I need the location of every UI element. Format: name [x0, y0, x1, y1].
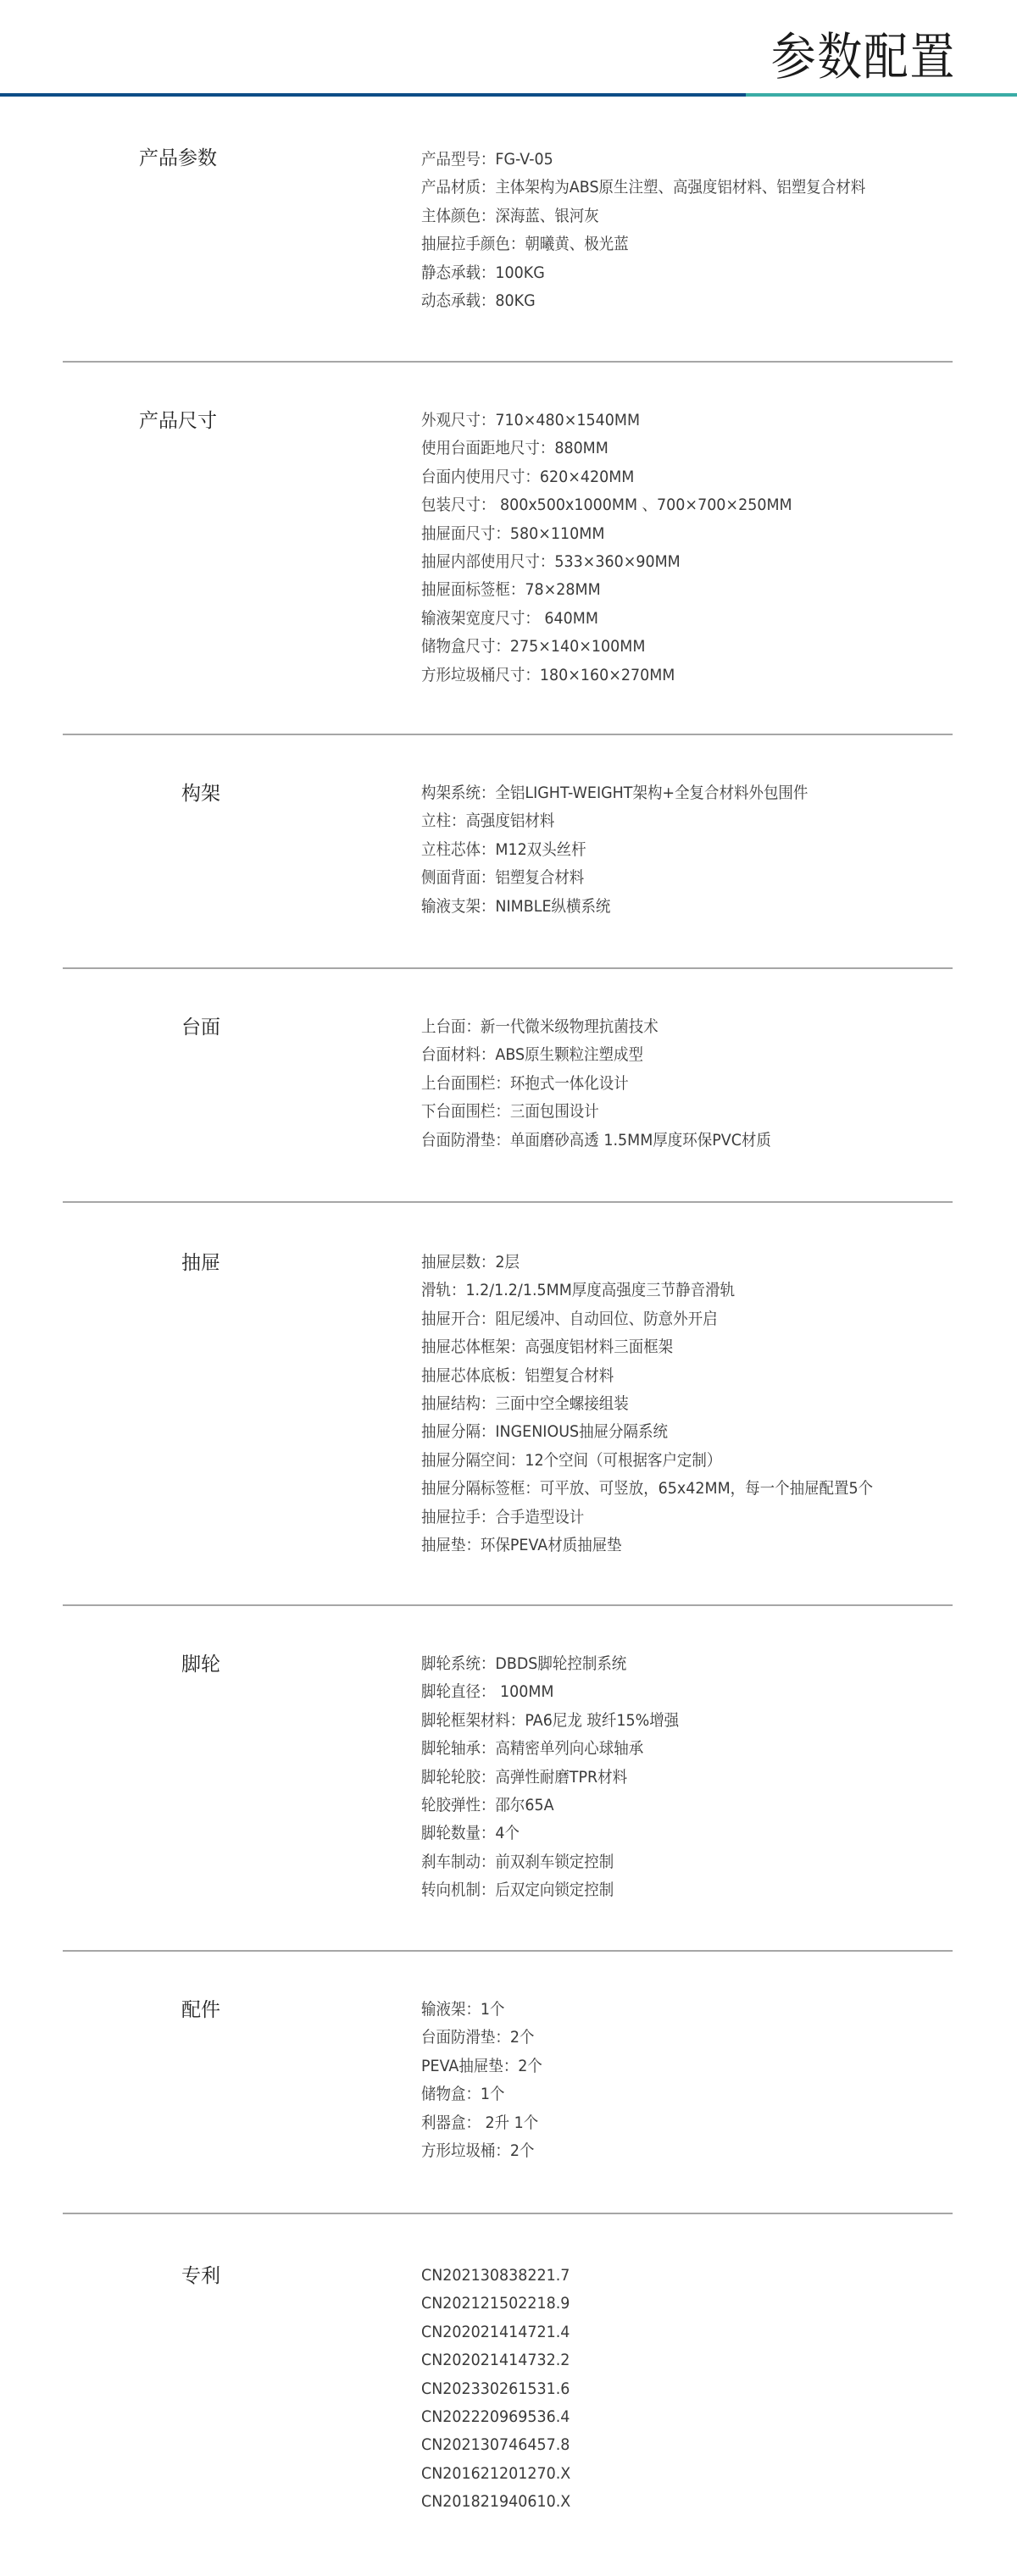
spec-item: 立柱芯体：M12双头丝杆 — [421, 836, 808, 864]
patent-number: CN202330261531.6 — [421, 2375, 570, 2403]
spec-item: 抽屉开合：阻尼缓冲、自动回位、防意外开启 — [421, 1305, 873, 1333]
spec-item: 台面防滑垫：2个 — [421, 2024, 542, 2052]
spec-item: 抽屉面标签框：78×28MM — [421, 576, 792, 604]
spec-list: 构架系统：全铝LIGHT-WEIGHT架构+全复合材料外包围件 立柱：高强度铝材… — [421, 779, 842, 921]
patent-list: CN202130838221.7 CN202121502218.9 CN2020… — [421, 2262, 584, 2517]
spec-item: 刹车制动：前双刹车锁定控制 — [421, 1848, 679, 1876]
patent-number: CN202130838221.7 — [421, 2262, 570, 2290]
spec-item: 主体颜色：深海蓝、银河灰 — [421, 202, 865, 230]
spec-item: 利器盒： 2升 1个 — [421, 2109, 542, 2137]
patent-number: CN201821940610.X — [421, 2488, 570, 2516]
spec-item: 上台面：新一代微米级物理抗菌技术 — [421, 1013, 771, 1041]
page-header: 参数配置 — [0, 0, 1017, 100]
spec-item: 外观尺寸：710×480×1540MM — [421, 407, 792, 435]
spec-list: 输液架：1个 台面防滑垫：2个 PEVA抽屉垫：2个 储物盒：1个 利器盒： 2… — [421, 1996, 553, 2165]
spec-item: 侧面背面：铝塑复合材料 — [421, 864, 808, 892]
spec-item: 使用台面距地尺寸：880MM — [421, 435, 792, 463]
spec-item: 动态承载：80KG — [421, 287, 865, 315]
spec-item: PEVA抽屉垫：2个 — [421, 2052, 542, 2080]
spec-item: 构架系统：全铝LIGHT-WEIGHT架构+全复合材料外包围件 — [421, 779, 808, 807]
page-title: 参数配置 — [771, 25, 956, 90]
spec-item: 抽屉芯体底板：铝塑复合材料 — [421, 1362, 873, 1390]
spec-item: 台面材料：ABS原生颗粒注塑成型 — [421, 1041, 771, 1069]
spec-item: 脚轮轴承：高精密单列向心球轴承 — [421, 1735, 679, 1763]
section-divider — [63, 2213, 953, 2214]
spec-item: 脚轮系统：DBDS脚轮控制系统 — [421, 1650, 679, 1678]
header-bar-accent — [746, 93, 1017, 97]
spec-item: 抽屉拉手：合手造型设计 — [421, 1504, 873, 1532]
patent-number: CN202130746457.8 — [421, 2431, 570, 2459]
spec-item: 台面内使用尺寸：620×420MM — [421, 463, 792, 491]
spec-list: 外观尺寸：710×480×1540MM 使用台面距地尺寸：880MM 台面内使用… — [421, 407, 825, 690]
spec-item: 输液架：1个 — [421, 1996, 542, 2024]
section-divider — [63, 967, 953, 969]
spec-item: 抽屉垫：环保PEVA材质抽屉垫 — [421, 1532, 873, 1559]
spec-item: 静态承载：100KG — [421, 259, 865, 287]
section-title: 抽屉 — [181, 1250, 220, 1276]
spec-item: 脚轮数量：4个 — [421, 1820, 679, 1848]
section-title: 台面 — [181, 1015, 220, 1040]
spec-item: 抽屉内部使用尺寸：533×360×90MM — [421, 548, 792, 576]
spec-item: 轮胶弹性：邵尔65A — [421, 1792, 679, 1820]
spec-item: 抽屉层数：2层 — [421, 1249, 873, 1277]
section-divider — [63, 1201, 953, 1203]
spec-item: 产品型号：FG-V-05 — [421, 146, 865, 174]
patent-number: CN201621201270.X — [421, 2460, 570, 2488]
spec-item: 下台面围栏：三面包围设计 — [421, 1098, 771, 1126]
section-title: 产品参数 — [139, 146, 217, 171]
section-title: 配件 — [181, 1997, 220, 2023]
spec-item: 抽屉拉手颜色：朝曦黄、极光蓝 — [421, 230, 865, 258]
spec-item: 转向机制：后双定向锁定控制 — [421, 1876, 679, 1904]
section-divider — [63, 1950, 953, 1952]
spec-item: 脚轮轮胶：高弹性耐磨TPR材料 — [421, 1764, 679, 1792]
section-title: 构架 — [181, 781, 220, 806]
section-title: 脚轮 — [181, 1652, 220, 1677]
spec-item: 脚轮框架材料：PA6尼龙 玻纤15%增强 — [421, 1707, 679, 1735]
section-title: 专利 — [181, 2263, 220, 2289]
spec-item: 滑轨：1.2/1.2/1.5MM厚度高强度三节静音滑轨 — [421, 1277, 873, 1305]
spec-list: 上台面：新一代微米级物理抗菌技术 台面材料：ABS原生颗粒注塑成型 上台面围栏：… — [421, 1013, 802, 1155]
section-divider — [63, 361, 953, 363]
spec-item: 抽屉面尺寸：580×110MM — [421, 520, 792, 548]
spec-list: 产品型号：FG-V-05 产品材质：主体架构为ABS原生注塑、高强度铝材料、铝塑… — [421, 146, 904, 315]
spec-item: 上台面围栏：环抱式一体化设计 — [421, 1070, 771, 1098]
spec-item: 产品材质：主体架构为ABS原生注塑、高强度铝材料、铝塑复合材料 — [421, 174, 865, 202]
patent-number: CN202220969536.4 — [421, 2403, 570, 2431]
spec-item: 立柱：高强度铝材料 — [421, 807, 808, 835]
section-divider — [63, 734, 953, 735]
patent-number: CN202021414721.4 — [421, 2318, 570, 2346]
spec-item: 储物盒尺寸：275×140×100MM — [421, 633, 792, 661]
spec-item: 输液支架：NIMBLE纵横系统 — [421, 893, 808, 921]
spec-item: 储物盒：1个 — [421, 2080, 542, 2108]
section-title: 产品尺寸 — [139, 408, 217, 434]
spec-item: 抽屉结构：三面中空全螺接组装 — [421, 1390, 873, 1418]
spec-item: 方形垃圾桶：2个 — [421, 2137, 542, 2165]
patent-number: CN202021414732.2 — [421, 2346, 570, 2374]
section-divider — [63, 1604, 953, 1606]
spec-item: 方形垃圾桶尺寸：180×160×270MM — [421, 662, 792, 690]
spec-item: 脚轮直径： 100MM — [421, 1678, 679, 1706]
patent-number: CN202121502218.9 — [421, 2290, 570, 2318]
spec-item: 输液架宽度尺寸： 640MM — [421, 605, 792, 633]
spec-item: 抽屉分隔标签框：可平放、可竖放，65x42MM，每一个抽屉配置5个 — [421, 1475, 873, 1503]
header-bar-primary — [0, 93, 746, 97]
spec-item: 抽屉分隔空间：12个空间（可根据客户定制） — [421, 1447, 873, 1475]
spec-item: 抽屉芯体框架：高强度铝材料三面框架 — [421, 1333, 873, 1361]
spec-item: 包装尺寸： 800x500x1000MM 、700×700×250MM — [421, 491, 792, 519]
spec-item: 抽屉分隔：INGENIOUS抽屉分隔系统 — [421, 1418, 873, 1446]
spec-list: 抽屉层数：2层 滑轨：1.2/1.2/1.5MM厚度高强度三节静音滑轨 抽屉开合… — [421, 1249, 912, 1559]
spec-list: 脚轮系统：DBDS脚轮控制系统 脚轮直径： 100MM 脚轮框架材料：PA6尼龙… — [421, 1650, 702, 1905]
spec-item: 台面防滑垫：单面磨砂高透 1.5MM厚度环保PVC材质 — [421, 1127, 771, 1155]
